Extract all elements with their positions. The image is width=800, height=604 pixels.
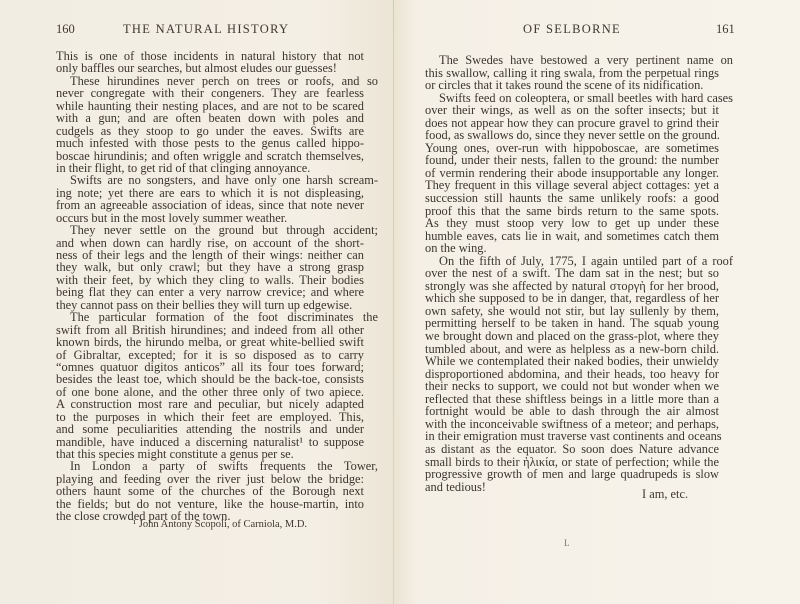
- text-line: or circles that it takes round the scene…: [425, 79, 719, 92]
- text-line: over the nest of a swift. The dam sat in…: [425, 267, 719, 280]
- text-line: from an agreeable association of ideas, …: [56, 199, 364, 211]
- book-spread: 160 THE NATURAL HISTORY This is one of t…: [0, 0, 800, 604]
- text-line: The particular formation of the foot dis…: [56, 311, 378, 323]
- text-line: In London a party of swifts frequents th…: [56, 460, 378, 472]
- text-line: besides the least toe, which should be t…: [56, 373, 364, 385]
- text-line: fortnight would be able to dash through …: [425, 405, 719, 418]
- text-line: over their wings, as well as on the soft…: [425, 104, 719, 117]
- signoff: I am, etc.: [642, 487, 688, 502]
- text-line: Swifts are no songsters, and have only o…: [56, 174, 378, 186]
- text-line: being flat they can enter a very narrow …: [56, 286, 364, 298]
- right-body-text: The Swedes have bestowed a very pertinen…: [425, 54, 733, 493]
- text-line: we brought down and placed on the grass-…: [425, 330, 719, 343]
- text-line: never congregate with their congeners. T…: [56, 87, 364, 99]
- page-number-left: 160: [56, 22, 75, 37]
- text-line: on the wing.: [425, 242, 719, 255]
- text-line: much infested with those pests to the ge…: [56, 137, 364, 149]
- footnote: ¹ John Antony Scopoli, of Carniola, M.D.: [133, 519, 307, 530]
- text-line: They never settle on the ground but thro…: [56, 224, 378, 236]
- text-line: progressive growth of men and large quad…: [425, 468, 719, 481]
- text-line: their necks to support, we could not but…: [425, 380, 719, 393]
- right-page: OF SELBORNE 161 The Swedes have bestowed…: [394, 0, 800, 604]
- text-line: others haunt some of the churches of the…: [56, 485, 364, 497]
- text-line: While we contemplated their naked bodies…: [425, 355, 719, 368]
- page-number-right: 161: [716, 22, 735, 37]
- running-head-left: THE NATURAL HISTORY: [123, 22, 289, 37]
- text-line: The Swedes have bestowed a very pertinen…: [425, 54, 733, 67]
- text-line: as distant as the equator. So soon does …: [425, 443, 719, 456]
- left-page: 160 THE NATURAL HISTORY This is one of t…: [0, 0, 394, 604]
- running-head-right: OF SELBORNE: [523, 22, 621, 37]
- text-line: food, as swallows do, since they never s…: [425, 129, 719, 142]
- text-line: As they must stoop very low to get up un…: [425, 217, 719, 230]
- text-line: and some peculiarities attending the nos…: [56, 423, 364, 435]
- left-body-text: This is one of those incidents in natura…: [56, 50, 378, 523]
- text-line: known birds, the hirundo melba, or great…: [56, 336, 364, 348]
- text-line: succession still haunts the same unlikel…: [425, 192, 719, 205]
- signature-mark: L: [564, 538, 570, 548]
- text-line: with a gun; and are often beaten down wi…: [56, 112, 364, 124]
- text-line: only baffles our searches, but almost el…: [56, 62, 364, 74]
- text-line: they walk, but only crawl; but they have…: [56, 261, 364, 273]
- text-line: A construction most rare and peculiar, b…: [56, 398, 364, 410]
